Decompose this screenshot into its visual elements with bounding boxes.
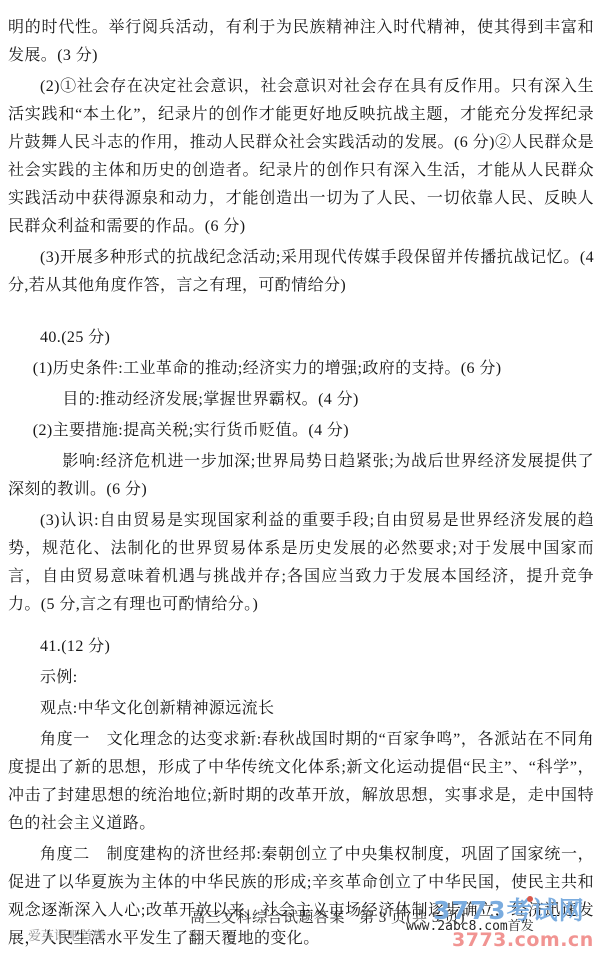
paragraph-q40-part3: (3)认识:自由贸易是实现国家利益的重要手段;自由贸易是世界经济发展的趋势，规范… <box>8 507 594 619</box>
paragraph-q40-part1: (1)历史条件:工业革命的推动;经济实力的增强;政府的支持。(6 分) <box>8 355 594 383</box>
paragraph-q40-part2-impact: 影响:经济危机进一步加深;世界局势日趋紧张;为战后世界经济发展提供了深刻的教训。… <box>8 448 594 504</box>
heading-q40: 40.(25 分) <box>8 324 594 352</box>
paragraph-q41-angle-1: 角度一 文化理念的达变求新:春秋战国时期的“百家争鸣”，各派站在不同角度提出了新… <box>8 726 594 838</box>
footer-left-credit: 爱英语吧首发 <box>28 925 106 944</box>
paragraph-q40-part2: (2)主要措施:提高关税;实行货币贬值。(4 分) <box>8 417 594 445</box>
heading-q41: 41.(12 分) <box>8 633 594 661</box>
paragraph-q41-example-label: 示例: <box>8 664 594 692</box>
paragraph-q39-part2: (2)①社会存在决定社会意识，社会意识对社会存在具有反作用。只有深入生活实践和“… <box>8 73 594 241</box>
watermark-logo-accent-dot <box>527 896 533 902</box>
watermark-url-black: www.2abc8.com首发 <box>406 920 534 934</box>
paragraph-q41-viewpoint: 观点:中华文化创新精神源远流长 <box>8 695 594 723</box>
paragraph-q40-part1-purpose: 目的:推动经济发展;掌握世界霸权。(4 分) <box>8 386 594 414</box>
answer-text-body: 明的时代性。举行阅兵活动，有利于为民族精神注入时代精神，使其得到丰富和发展。(3… <box>0 0 603 953</box>
paragraph-q39-part3: (3)开展多种形式的抗战纪念活动;采用现代传媒手段保留并传播抗战记忆。(4 分,… <box>8 244 594 300</box>
footer-doc-title: 高三文科综合试题答案 <box>190 910 345 926</box>
scanned-answer-sheet-page: 明的时代性。举行阅兵活动，有利于为民族精神注入时代精神，使其得到丰富和发展。(3… <box>0 0 603 966</box>
paragraph-q39-continuation: 明的时代性。举行阅兵活动，有利于为民族精神注入时代精神，使其得到丰富和发展。(3… <box>8 14 594 70</box>
